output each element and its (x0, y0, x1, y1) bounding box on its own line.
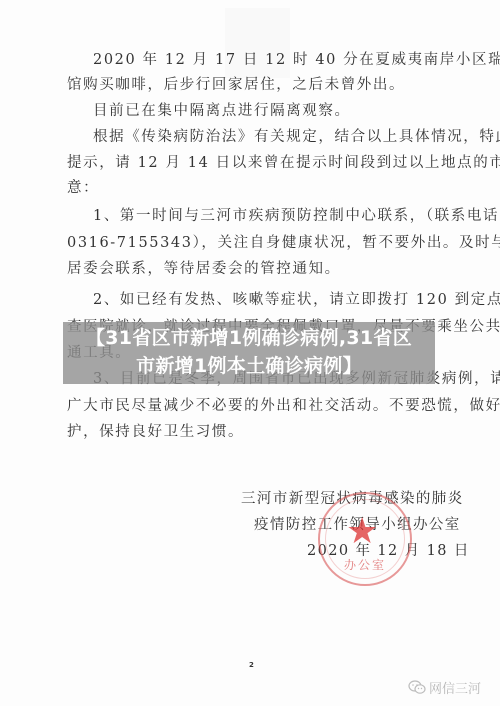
headline-title: 【31省区市新增1例确诊病例,31省区 市新增1例本土确诊病例】 (63, 324, 435, 380)
document-line: 1、第一时间与三河市疾病预防控制中心联系，（联系电话： (93, 206, 500, 226)
wechat-icon (408, 680, 426, 695)
document-line: 居委会联系，等待居委会的管控通知。 (67, 259, 341, 279)
document-line: 目前已在集中隔离点进行隔离观察。 (93, 101, 351, 121)
watermark-label: 网信三河 (429, 678, 481, 697)
document-line: 2020 年 12 月 17 日 12 时 40 分在夏威夷南岸小区瑞幸咖啡 (93, 50, 500, 70)
document-line: 根据《传染病防治法》有关规定，结合以上具体情况，特此 (93, 127, 500, 147)
document-line: 意： (67, 178, 99, 198)
document-line: 提示，请 12 月 14 日以来曾在提示时间段到过以上地点的市民注 (67, 153, 500, 173)
seal-text: 办公室 (344, 556, 386, 573)
page-number: 2 (249, 661, 254, 669)
headline-banner: 【31省区市新增1例确诊病例,31省区 市新增1例本土确诊病例】 (63, 322, 435, 384)
document-line: 馆购买咖啡，后步行回家居住，之后未曾外出。 (67, 75, 405, 95)
source-watermark: 网信三河 (408, 678, 481, 697)
document-line: 0316-7155343），关注自身健康状况，暂不要外出。及时与社区 (67, 233, 500, 253)
document-line: 护，保持良好卫生习惯。 (67, 422, 244, 442)
document-line: 2、如已经有发热、咳嗽等症状，请立即拨打 120 到定点筛 (93, 290, 500, 310)
document-page: 2020 年 12 月 17 日 12 时 40 分在夏威夷南岸小区瑞幸咖啡馆购… (0, 0, 500, 706)
star-icon: ★ (346, 514, 378, 550)
headline-line-1: 【31省区市新增1例确诊病例,31省区 (63, 324, 435, 352)
official-seal: ★ 办公室 (318, 492, 412, 586)
document-line: 广大市民尽量减少不必要的外出和社交活动。不要恐慌，做好防 (67, 396, 500, 416)
headline-line-2: 市新增1例本土确诊病例】 (63, 352, 435, 380)
